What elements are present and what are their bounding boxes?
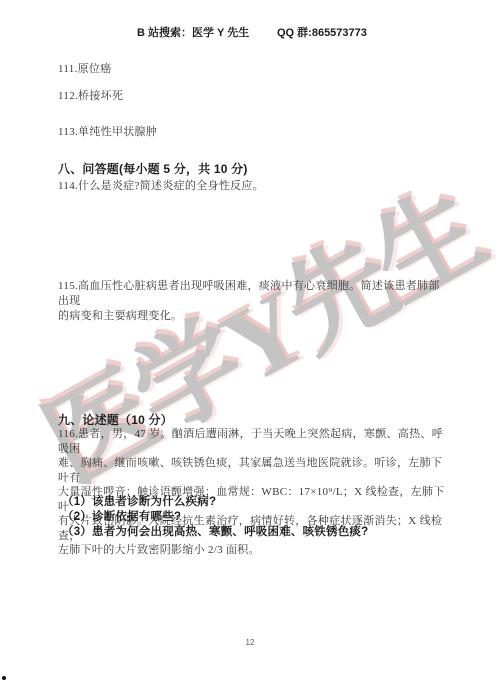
question-111: 111.原位癌 — [58, 60, 112, 76]
section-8-heading: 八、问答题(每小题 5 分，共 10 分) — [58, 160, 248, 177]
page-number: 12 — [0, 638, 500, 647]
question-112: 112.桥接坏死 — [58, 87, 123, 103]
question-113: 113.单纯性甲状腺肿 — [58, 123, 157, 139]
header-site-search-text: B 站搜索：医学 Y 先生 — [137, 24, 249, 40]
header-qq-group-text: QQ 群:865573773 — [277, 24, 367, 40]
question-115-paragraph: 115.高血压性心脏病患者出现呼吸困难，痰液中有心衰细胞。简述该患者肺部出现 的… — [58, 279, 442, 324]
scan-artifact-dot — [2, 676, 6, 680]
document-page: 医学Y先生 B 站搜索：医学 Y 先生 QQ 群:865573773 111.原… — [0, 0, 500, 690]
section-9-heading: 九、论述题（10 分） — [58, 411, 173, 428]
question-116-sub-questions: （1）该患者诊断为什么疾病? （2）诊断依据有哪些? （3）患者为何会出现高热、… — [62, 495, 368, 540]
question-114: 114.什么是炎症?简述炎症的全身性反应。 — [58, 177, 264, 193]
